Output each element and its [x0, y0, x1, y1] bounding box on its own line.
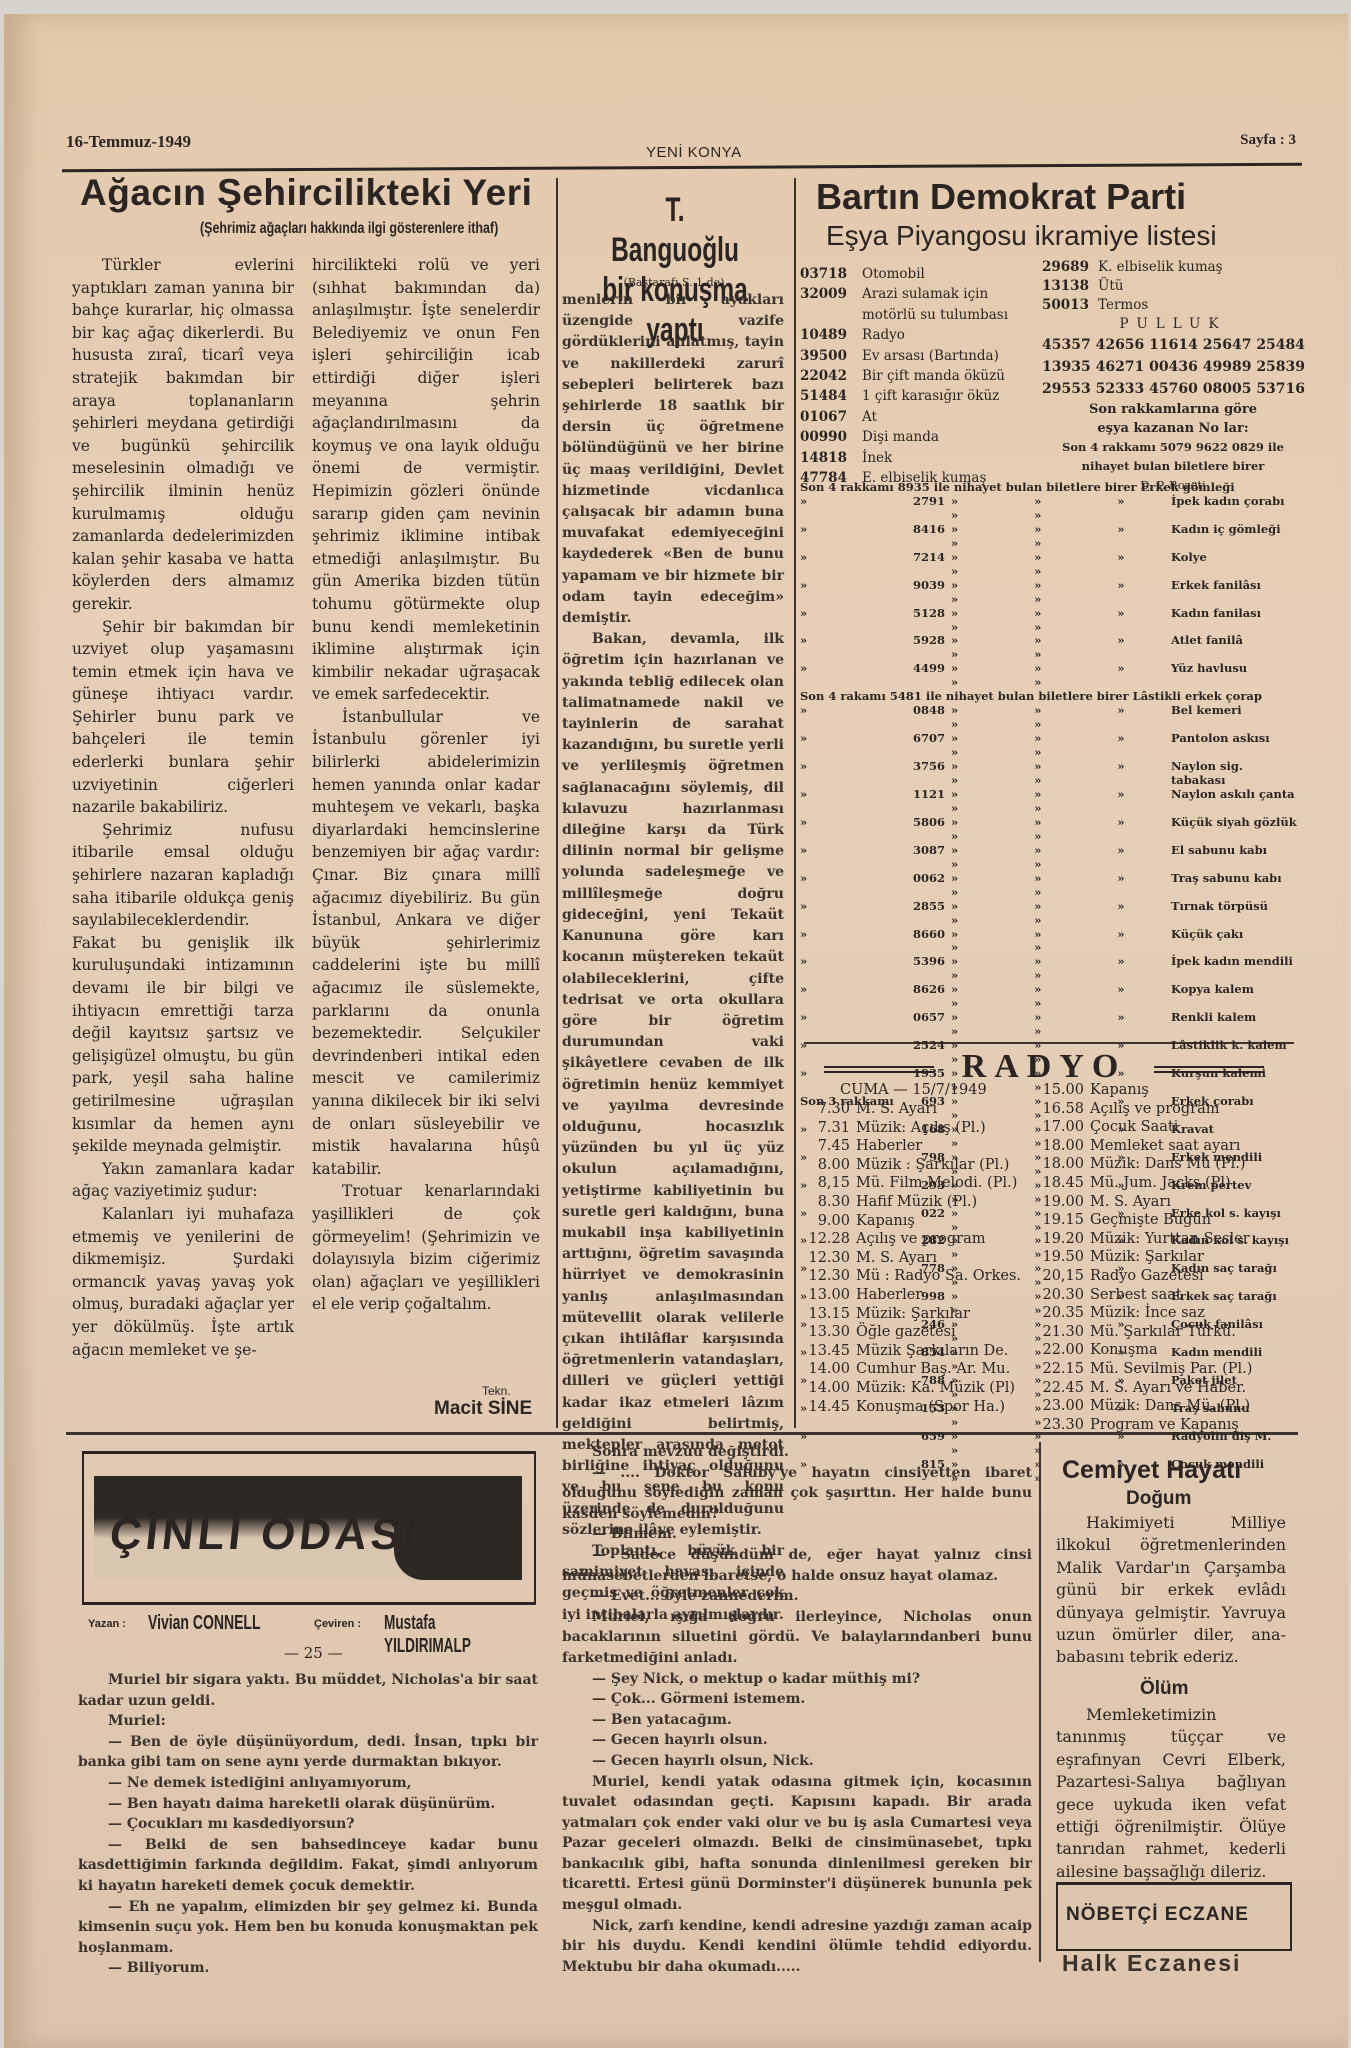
ticket-number: [800, 305, 862, 325]
prize-row: »0848» » » » » Bel kemeri: [800, 704, 1300, 732]
radio-program: 22.45M. S. Ayarı ve Haber.: [1034, 1379, 1304, 1398]
program-time: 22.45: [1034, 1379, 1084, 1398]
ticket-suffix: 5806: [905, 816, 945, 844]
ticket-number: 00990: [800, 427, 862, 447]
prize-row: »0062» » » » » Traş sabunu kabı: [800, 872, 1300, 900]
prize-item: Yüz havlusu: [1171, 662, 1300, 690]
ticket-suffix: 8416: [905, 523, 945, 551]
column-divider: [556, 178, 558, 1428]
author-name: Vivian CONNELL: [148, 1612, 261, 1635]
prize-item: Traş sabunu kabı: [1171, 872, 1300, 900]
paragraph: — Gecen hayırlı olsun, Nick.: [562, 1751, 1032, 1772]
ditto-marks: » » » » »: [945, 523, 1171, 551]
program-time: 13.00: [804, 1286, 850, 1305]
program-time: 12.30: [804, 1267, 850, 1286]
radio-program: 19.00M. S. Ayarı: [1034, 1193, 1304, 1212]
program-time: 12.28: [804, 1230, 850, 1249]
program-time: 17.00: [1034, 1118, 1084, 1137]
prize-item: Erkek fanilâsı: [1171, 579, 1300, 607]
prize-row: 22042Bir çift manda öküzü: [800, 366, 1040, 386]
translator-label: Çeviren :: [314, 1618, 361, 1630]
program-time: 21.30: [1034, 1323, 1084, 1342]
prize-item: motörlü su tulumbası: [862, 305, 1008, 325]
program-name: Çocuk Saati: [1090, 1118, 1178, 1137]
article-title-trees: Ağacın Şehircilikteki Yeri: [80, 172, 532, 214]
pharmacy-name: Halk Eczanesi: [1062, 1950, 1241, 1977]
ditto-mark: »: [800, 634, 905, 662]
program-time: 13.45: [804, 1342, 850, 1361]
ditto-mark: »: [800, 983, 905, 1011]
prize-item: Küçük siyah gözlük: [1171, 816, 1300, 844]
lottery-note: Son 4 rakkamı 5079 9622 0829 ile: [1042, 438, 1304, 457]
ticket-number: 10489: [800, 325, 862, 345]
radio-program: 21.30Mü. Şarkılar Türkü.: [1034, 1323, 1304, 1342]
program-name: Müzik: Dans Mü (Pl.): [1090, 1155, 1246, 1174]
ticket-suffix: 5928: [905, 634, 945, 662]
program-name: Mü. Sevilmiş Par. (Pl.): [1090, 1360, 1252, 1379]
program-time: 16.58: [1034, 1100, 1084, 1119]
ticket-number: 39500: [800, 346, 862, 366]
radio-program: 14.00Cumhur Baş. Ar. Mu.: [804, 1360, 1054, 1379]
program-time: 20.30: [1034, 1286, 1084, 1305]
article-trees-column-1: Türkler evlerini yaptıkları zaman yanına…: [72, 254, 294, 1361]
prize-row: »4499» » » » » Yüz havlusu: [800, 662, 1300, 690]
ditto-mark: »: [800, 872, 905, 900]
paragraph: — Çok... Görmeni istemem.: [562, 1689, 1032, 1710]
prize-row: 29689K. elbiselik kumaş: [1042, 258, 1304, 277]
ditto-marks: » » » » »: [945, 844, 1171, 872]
lottery-subtitle: Eşya Piyangosu ikramiye listesi: [826, 220, 1217, 252]
ditto-marks: » » » » »: [945, 634, 1171, 662]
radio-program: 7.45Haberler: [804, 1137, 1054, 1156]
prize-item: Kadın fanilası: [1171, 607, 1300, 635]
ticket-suffix: 4499: [905, 662, 945, 690]
paragraph: — Ben hayatı daima hareketli olarak düşü…: [78, 1794, 538, 1815]
prize-row: »5396» » » » » İpek kadın mendili: [800, 955, 1300, 983]
radio-program: 18.00Müzik: Dans Mü (Pl.): [1034, 1155, 1304, 1174]
program-name: Müzik: Yurttan Sesler: [1090, 1230, 1250, 1249]
birth-notice: Hakimiyeti Milliye ilkokul öğretmenlerin…: [1056, 1512, 1286, 1669]
ditto-mark: »: [800, 523, 905, 551]
ticket-suffix: 0848: [905, 704, 945, 732]
paragraph: Bakan, devamla, ilk öğretim için hazırla…: [562, 629, 784, 1541]
pulluk-number-row: 29553 52333 45760 08005 53716: [1042, 378, 1304, 400]
ditto-marks: » » » » »: [945, 579, 1171, 607]
radio-day: CUMA — 15/7/1949: [840, 1082, 987, 1098]
program-time: 7.31: [804, 1119, 850, 1138]
paragraph: Trotuar kenarlarındaki yaşillikleri de ç…: [312, 1180, 540, 1316]
article-subtitle-trees: (Şehrimiz ağaçları hakkında ilgi göstere…: [200, 220, 498, 238]
ticket-suffix: 6707: [905, 732, 945, 760]
column-divider: [1039, 1442, 1041, 1962]
ticket-number: 32009: [800, 284, 862, 304]
ticket-number: 29689: [1042, 258, 1098, 277]
program-time: 14.45: [804, 1398, 850, 1417]
prize-row: 514841 çift karasığır öküz: [800, 386, 1040, 406]
program-time: 18.45: [1034, 1174, 1084, 1193]
paragraph: — Ne demek istediğini anlıyamıyorum,: [78, 1773, 538, 1794]
radio-program: 19.15Geçmişte Bugün: [1034, 1211, 1304, 1230]
prize-item: Küçük çakı: [1171, 928, 1300, 956]
program-name: Hafif Müzik (Pl.): [856, 1193, 977, 1212]
ditto-mark: »: [800, 955, 905, 983]
program-name: Cumhur Baş. Ar. Mu.: [856, 1360, 1010, 1379]
program-name: Haberler: [856, 1137, 922, 1156]
prize-item: Kopya kalem: [1171, 983, 1300, 1011]
issue-date: 16-Temmuz-1949: [66, 132, 191, 152]
lottery-note: nihayet bulan biletlere birer: [1042, 457, 1304, 476]
lottery-note: Son rakkamlarına göre: [1042, 400, 1304, 419]
program-time: 15.00: [1034, 1081, 1084, 1100]
ticket-suffix: 1121: [905, 788, 945, 816]
radio-program: 23.30Program ve Kapanış: [1034, 1416, 1304, 1435]
radio-schedule-col-2: 15.00Kapanış16.58Açılış ve program17.00Ç…: [1034, 1081, 1304, 1434]
ditto-marks: » » » » »: [945, 760, 1171, 788]
prize-item: Kadın iç gömleği: [1171, 523, 1300, 551]
prize-row: 03718Otomobil: [800, 264, 1040, 284]
paragraph: — Şey Nick, o mektup o kadar müthiş mi?: [562, 1669, 1032, 1690]
radio-program: 13.45Müzik Şarkıların De.: [804, 1342, 1054, 1361]
paragraph: menlerin bir ayakları üzengide vazife gö…: [562, 290, 784, 629]
prize-item: Arazi sulamak için: [862, 284, 988, 304]
ticket-number: 14818: [800, 448, 862, 468]
ticket-suffix: 8626: [905, 983, 945, 1011]
ditto-mark: »: [800, 844, 905, 872]
prize-item: Naylon sig. tabakası: [1171, 760, 1300, 788]
ditto-marks: » » » » »: [945, 551, 1171, 579]
pulluk-number-row: 13935 46271 00436 49989 25839: [1042, 356, 1304, 378]
prize-row: »8416» » » » » Kadın iç gömleği: [800, 523, 1300, 551]
radio-schedule-col-1: 7.30M. S. Ayarı7.31Müzik: Açılış (Pl.)7.…: [804, 1100, 1054, 1416]
ditto-mark: »: [800, 760, 905, 788]
prize-item: Naylon askılı çanta: [1171, 788, 1300, 816]
program-name: Geçmişte Bugün: [1090, 1211, 1211, 1230]
program-name: M. S. Ayarı ve Haber.: [1090, 1379, 1246, 1398]
ditto-marks: » » » » »: [945, 955, 1171, 983]
program-time: 9.00: [804, 1212, 850, 1231]
ditto-mark: »: [800, 788, 905, 816]
ditto-marks: » » » » »: [945, 704, 1171, 732]
ticket-suffix: 8660: [905, 928, 945, 956]
ticket-suffix: 5128: [905, 607, 945, 635]
prize-row: 00990Dişi manda: [800, 427, 1040, 447]
radio-program: 12.30Mü : Radyo Sa. Orkes.: [804, 1267, 1054, 1286]
program-name: Kapanış: [1090, 1081, 1149, 1100]
ticket-number: 50013: [1042, 296, 1098, 315]
serial-banner: ÇİNLİ ODASI: [82, 1451, 536, 1605]
paragraph: Kalanları iyi muhafaza etmemiş ve yenile…: [72, 1203, 294, 1361]
paragraph: — Ben de öyle düşünüyordum, dedi. İnsan,…: [78, 1732, 538, 1773]
prize-row: 01067At: [800, 407, 1040, 427]
pulluk-numbers: 45357 42656 11614 25647 2548413935 46271…: [1042, 334, 1304, 400]
paragraph: — Bilmem.: [562, 1524, 1032, 1545]
ticket-number: 01067: [800, 407, 862, 427]
society-title: Cemiyet Hayatı: [1062, 1456, 1241, 1485]
program-name: M. S. Ayarı: [1090, 1193, 1171, 1212]
program-time: 14.00: [804, 1360, 850, 1379]
prize-item: Bir çift manda öküzü: [862, 366, 1005, 386]
program-time: 18.00: [1034, 1155, 1084, 1174]
ticket-number: 22042: [800, 366, 862, 386]
prize-item: Radyo: [862, 325, 905, 345]
prize-item: Renkli kalem: [1171, 1011, 1300, 1039]
program-time: 13.15: [804, 1305, 850, 1324]
radio-program: 13.00Haberler: [804, 1286, 1054, 1305]
ticket-suffix: 5396: [905, 955, 945, 983]
ticket-suffix: 7214: [905, 551, 945, 579]
paragraph: Hakimiyeti Milliye ilkokul öğretmenlerin…: [1056, 1512, 1286, 1669]
program-time: 18.00: [1034, 1137, 1084, 1156]
prize-item: El sabunu kabı: [1171, 844, 1300, 872]
ticket-suffix: 2855: [905, 900, 945, 928]
program-name: Müzik: Şarkılar: [1090, 1248, 1204, 1267]
prize-item: Kolye: [1171, 551, 1300, 579]
ditto-marks: » » » » »: [945, 872, 1171, 900]
ditto-mark: »: [800, 1011, 905, 1039]
program-name: Konuşma: [1090, 1341, 1158, 1360]
prize-item: Atlet fanilâ: [1171, 634, 1300, 662]
article-banguoglu-body: menlerin bir ayakları üzengide vazife gö…: [562, 290, 784, 1626]
radio-program: 20,15Radyo Gazetesi: [1034, 1267, 1304, 1286]
translator-name: Mustafa YILDIRIMALP: [384, 1612, 489, 1658]
ditto-mark: »: [800, 495, 905, 523]
program-name: M. S. Ayarı: [856, 1249, 937, 1268]
program-name: M. S. Ayarı: [856, 1100, 937, 1119]
paragraph: — Ben yatacağım.: [562, 1710, 1032, 1731]
lottery-right-prizes: 29689K. elbiselik kumaş13138Ütü50013Term…: [1042, 258, 1304, 495]
ditto-mark: »: [800, 579, 905, 607]
paragraph: Nick, zarfı kendine, kendi adresine yazd…: [562, 1916, 1032, 1978]
program-name: Müzik: Açılış (Pl.): [856, 1119, 986, 1138]
prize-row: 39500Ev arsası (Bartında): [800, 346, 1040, 366]
paragraph: Muriel, kendi yatak odasına gitmek için,…: [562, 1772, 1032, 1916]
program-time: 20,15: [1034, 1267, 1084, 1286]
radio-program: 14.45Konuşma (Spor Ha.): [804, 1398, 1054, 1417]
radio-program: 14.00Müzik: Ka. Müzik (Pl): [804, 1379, 1054, 1398]
prize-row: »5128» » » » » Kadın fanilası: [800, 607, 1300, 635]
radio-program: 7.30M. S. Ayarı: [804, 1100, 1054, 1119]
radio-program: 19.50Müzik: Şarkılar: [1034, 1248, 1304, 1267]
pulluk-label: PULLUK: [1042, 315, 1304, 334]
birth-heading: Doğum: [1126, 1488, 1191, 1510]
ditto-mark: »: [800, 662, 905, 690]
ticket-suffix: 9039: [905, 579, 945, 607]
radio-program: 12.30M. S. Ayarı: [804, 1249, 1054, 1268]
prize-item: İnek: [862, 448, 892, 468]
radio-program: 22.00Konuşma: [1034, 1341, 1304, 1360]
radio-program: 13.30Öğle gazetesi: [804, 1323, 1054, 1342]
program-time: 19.50: [1034, 1248, 1084, 1267]
program-time: 22.15: [1034, 1360, 1084, 1379]
prize-item: 1 çift karasığır öküz: [862, 386, 999, 406]
program-time: 23.30: [1034, 1416, 1084, 1435]
program-name: Öğle gazetesi: [856, 1323, 956, 1342]
program-time: 13.30: [804, 1323, 850, 1342]
radio-program: 15.00Kapanış: [1034, 1081, 1304, 1100]
program-name: Mü. Şarkılar Türkü.: [1090, 1323, 1236, 1342]
paragraph: — Sadece düşündüm de, eğer hayat yalnız …: [562, 1545, 1032, 1586]
death-notice: Memleketimizin tanınmış tüççar ve eşrafı…: [1056, 1704, 1286, 1883]
ticket-number: 51484: [800, 386, 862, 406]
column-divider: [794, 178, 796, 1428]
paragraph: Muriel, ışığa doğru ilerleyince, Nichola…: [562, 1607, 1032, 1669]
ditto-marks: » » » » »: [945, 983, 1171, 1011]
newspaper-page: 16-Temmuz-1949 YENİ KONYA Sayfa : 3 Ağac…: [4, 14, 1348, 2048]
paragraph: — Eh ne yapalım, elimizden bir şey gelme…: [78, 1897, 538, 1959]
prize-row: »9039» » » » » Erkek fanilâsı: [800, 579, 1300, 607]
program-time: 23.00: [1034, 1397, 1084, 1416]
prize-row: 50013Termos: [1042, 296, 1304, 315]
ditto-marks: » » » » »: [945, 816, 1171, 844]
program-name: Müzik: Ka. Müzik (Pl): [856, 1379, 1015, 1398]
program-time: 12.30: [804, 1249, 850, 1268]
page-number: Sayfa : 3: [1240, 132, 1296, 149]
prize-item: Otomobil: [862, 264, 925, 284]
paragraph: — Evet... öyle zannederim.: [562, 1586, 1032, 1607]
ditto-marks: » » » » »: [945, 928, 1171, 956]
prize-item: K. elbiselik kumaş: [1098, 258, 1223, 277]
paragraph: — .... Doktor Saluby'ye hayatın cinsiyet…: [562, 1463, 1032, 1525]
prize-group-header: Son 4 rakamı 5481 ile nihayet bulan bile…: [800, 690, 1300, 704]
prize-row: 14818İnek: [800, 448, 1040, 468]
radio-program: 18.00Memleket saat ayarı: [1034, 1137, 1304, 1156]
radio-program: 20.35Müzik: İnce saz: [1034, 1304, 1304, 1323]
paragraph: Türkler evlerini yaptıkları zaman yanına…: [72, 254, 294, 616]
newspaper-name: YENİ KONYA: [646, 144, 742, 161]
ticket-suffix: 0062: [905, 872, 945, 900]
program-name: Müzik: İnce saz: [1090, 1304, 1205, 1323]
prize-item: Ev arsası (Bartında): [862, 346, 999, 366]
program-time: 19.20: [1034, 1230, 1084, 1249]
radio-program: 8,15Mü. Film Melodi. (Pl.): [804, 1174, 1054, 1193]
ditto-mark: »: [800, 551, 905, 579]
ditto-marks: » » » » »: [945, 1011, 1171, 1039]
ticket-number: 13138: [1042, 277, 1098, 296]
radio-program: 16.58Açılış ve program: [1034, 1100, 1304, 1119]
lottery-title: Bartın Demokrat Parti: [816, 176, 1186, 218]
ditto-marks: » » » » »: [945, 662, 1171, 690]
prize-item: Bel kemeri: [1171, 704, 1300, 732]
paragraph: — Biliyorum.: [78, 1958, 538, 1979]
serial-column-1: Muriel bir sigara yaktı. Bu müddet, Nich…: [78, 1670, 538, 1979]
paragraph: Şehrimiz nufusu itibarile emsal olduğu ş…: [72, 819, 294, 1158]
program-time: 8.30: [804, 1193, 850, 1212]
lottery-main-prizes: 03718Otomobil32009Arazi sulamak içinmotö…: [800, 264, 1040, 488]
paragraph: — Çocukları mı kasdediyorsun?: [78, 1814, 538, 1835]
ditto-mark: »: [800, 900, 905, 928]
radio-program: 19.20Müzik: Yurttan Sesler: [1034, 1230, 1304, 1249]
radio-program: 18.45Mü. Jum. Jacks (Pl): [1034, 1174, 1304, 1193]
prize-row: »1121» » » » » Naylon askılı çanta: [800, 788, 1300, 816]
program-time: 22.00: [1034, 1341, 1084, 1360]
lottery-note: eşya kazanan No lar:: [1042, 419, 1304, 438]
program-name: Açılış ve program: [1090, 1100, 1220, 1119]
radio-program: 9.00Kapanış: [804, 1212, 1054, 1231]
program-time: 14.00: [804, 1379, 850, 1398]
program-name: Mü : Radyo Sa. Orkes.: [856, 1267, 1021, 1286]
program-name: Müzik: Dans Mü. (Pl.): [1090, 1397, 1250, 1416]
prize-row: »5806» » » » » Küçük siyah gözlük: [800, 816, 1300, 844]
paragraph: İstanbullular ve İstanbulu görenler iyi …: [312, 706, 540, 1180]
prize-item: Pantolon askısı: [1171, 732, 1300, 760]
prize-row: »8626» » » » » Kopya kalem: [800, 983, 1300, 1011]
program-time: 19.00: [1034, 1193, 1084, 1212]
prize-row: 13138Ütü: [1042, 277, 1304, 296]
program-name: Konuşma (Spor Ha.): [856, 1398, 1005, 1417]
ditto-marks: » » » » »: [945, 732, 1171, 760]
radio-program: 20.30Serbest saat: [1034, 1286, 1304, 1305]
prize-row: »2855» » » » » Tırnak törpüsü: [800, 900, 1300, 928]
prize-item: İpek kadın çorabı: [1171, 495, 1300, 523]
paragraph: Sonra mevzuu değiştirdi.: [562, 1442, 1032, 1463]
ditto-marks: » » » » »: [945, 607, 1171, 635]
prize-item: Termos: [1098, 296, 1148, 315]
radio-program: 8.30Hafif Müzik (Pl.): [804, 1193, 1054, 1212]
paragraph: Şehir bir bakımdan bir uzviyet olup yaşa…: [72, 616, 294, 819]
prize-item: Tırnak törpüsü: [1171, 900, 1300, 928]
prize-row: 10489Radyo: [800, 325, 1040, 345]
serial-title: ÇİNLİ ODASI: [107, 1510, 423, 1560]
program-name: Müzik Şarkıların De.: [856, 1342, 1008, 1361]
radio-program: 8.00Müzik : Şarkılar (Pl.): [804, 1156, 1054, 1175]
ditto-marks: » » » » »: [945, 495, 1171, 523]
prize-item: İpek kadın mendili: [1171, 955, 1300, 983]
paragraph: — Belki de sen bahsedinceye kadar bunu k…: [78, 1835, 538, 1897]
program-name: Radyo Gazetesi: [1090, 1267, 1204, 1286]
program-name: Haberler: [856, 1286, 922, 1305]
ditto-mark: »: [800, 816, 905, 844]
death-heading: Ölüm: [1140, 1678, 1189, 1700]
ditto-mark: »: [800, 607, 905, 635]
program-name: Müzik: Şarkılar: [856, 1305, 970, 1324]
radio-program: 12.28Açılış ve program: [804, 1230, 1054, 1249]
prize-row: »5928» » » » » Atlet fanilâ: [800, 634, 1300, 662]
program-time: 19.15: [1034, 1211, 1084, 1230]
ticket-suffix: 2791: [905, 495, 945, 523]
program-name: Serbest saat: [1090, 1286, 1182, 1305]
program-name: Program ve Kapanış: [1090, 1416, 1239, 1435]
radio-program: 13.15Müzik: Şarkılar: [804, 1305, 1054, 1324]
prize-item: Dişi manda: [862, 427, 939, 447]
prize-row: »0657» » » » » Renkli kalem: [800, 1011, 1300, 1039]
program-time: 8,15: [804, 1174, 850, 1193]
ticket-suffix: 3756: [905, 760, 945, 788]
program-time: 7.45: [804, 1137, 850, 1156]
prize-row: »2791» » » » » İpek kadın çorabı: [800, 495, 1300, 523]
program-time: 8.00: [804, 1156, 850, 1175]
ditto-mark: »: [800, 928, 905, 956]
paragraph: Yakın zamanlara kadar ağaç vaziyetimiz ş…: [72, 1158, 294, 1203]
program-name: Mü. Film Melodi. (Pl.): [856, 1174, 1017, 1193]
author-name: Macit SİNE: [434, 1398, 532, 1420]
prize-item: At: [862, 407, 877, 427]
article-trees-column-2: hircilikteki rolü ve yeri (sıhhat bakımı…: [312, 254, 540, 1316]
radio-program: 17.00Çocuk Saati: [1034, 1118, 1304, 1137]
pulluk-number-row: 45357 42656 11614 25647 25484: [1042, 334, 1304, 356]
ticket-suffix: 0657: [905, 1011, 945, 1039]
paragraph: hircilikteki rolü ve yeri (sıhhat bakımı…: [312, 254, 540, 706]
program-time: 20.35: [1034, 1304, 1084, 1323]
ditto-mark: »: [800, 704, 905, 732]
paragraph: Muriel bir sigara yaktı. Bu müddet, Nich…: [78, 1670, 538, 1711]
ditto-marks: » » » » »: [945, 900, 1171, 928]
radio-program: 23.00Müzik: Dans Mü. (Pl.): [1034, 1397, 1304, 1416]
prize-row: »3087» » » » » El sabunu kabı: [800, 844, 1300, 872]
installment-number: — 25 —: [284, 1644, 343, 1662]
program-name: Kapanış: [856, 1212, 915, 1231]
program-name: Mü. Jum. Jacks (Pl): [1090, 1174, 1231, 1193]
radio-program: 7.31Müzik: Açılış (Pl.): [804, 1119, 1054, 1138]
